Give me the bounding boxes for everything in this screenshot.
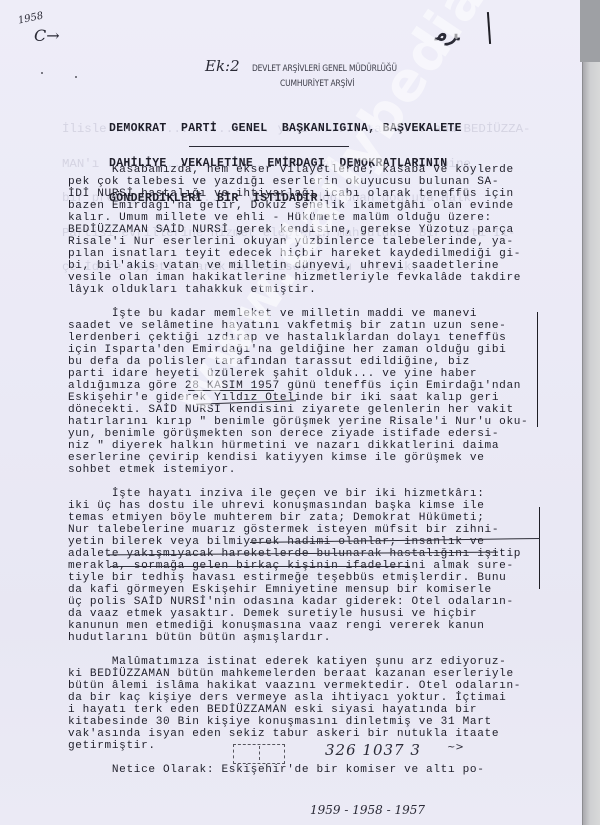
- text-line: dönecekti. SAİD NURSİ kendisini ziyarete…: [68, 404, 528, 416]
- text-line: Eskişehir'e giderek Yıldız Otelinde bir …: [68, 392, 528, 404]
- text-line: niz " diyerek halkın hürmetini ve nazarı…: [68, 440, 528, 452]
- text-line: eserlerine çevirip kendisi katiyyen kims…: [68, 452, 528, 464]
- passage-underline-3: [110, 566, 410, 567]
- text-line: Malûmatımıza istinat ederek katiyen şunu…: [68, 656, 528, 668]
- text-line: parti idare heyeti üzülerek şahit olduk.…: [68, 368, 528, 380]
- text-line: İşte hayatı inziva ile geçen ve bir iki …: [68, 488, 528, 500]
- paragraph: Malûmatımıza istinat ederek katiyen şunu…: [68, 656, 528, 752]
- text-line: temas etmiyen böyle muhterem bir zata; D…: [68, 512, 528, 524]
- text-line: kitabesinde 30 Bin kişiye konuşmasını di…: [68, 716, 528, 728]
- text-line: için Isparta'den Emirdağı'na geldiğine h…: [68, 344, 528, 356]
- margin-mark-right-1: [537, 312, 538, 427]
- text-line: vak'asında isyan eden sekiz tabur askeri…: [68, 728, 528, 740]
- paragraph: Netice Olarak: Eskişehir'de bir komiser …: [68, 764, 528, 776]
- text-line: iki üç has dostu ile uhrevi konuşmasında…: [68, 500, 528, 512]
- text-line: bütün âlemi islâma hakikat vaazını verme…: [68, 680, 528, 692]
- archive-stamp-line2: CUMHURİYET ARŞİVİ: [280, 79, 354, 89]
- text-line: İşte bu kadar memleket ve milletin maddi…: [68, 308, 528, 320]
- text-line: ki BEDİÜZZAMAN bütün mahkemelerden beraa…: [68, 668, 528, 680]
- text-line: Netice Olarak: Eskişehir'de bir komiser …: [68, 764, 528, 776]
- text-line: Nur talebelerine muarız göstermek isteye…: [68, 524, 528, 536]
- handwritten-mark-top-left: C→: [34, 26, 60, 45]
- text-line: aldığımıza göre 28 KASIM 1957 günü tenef…: [68, 380, 528, 392]
- document-page: İlisle ..................... yeni ......…: [0, 0, 582, 825]
- handwritten-years-bottom: 1959 - 1958 - 1957: [310, 803, 425, 817]
- text-line: Kasabamızda, hem ekser vilayetlerde; kas…: [68, 164, 528, 176]
- text-line: hudutlarını bütün bütün aşmışlardır.: [68, 632, 528, 644]
- text-line: saadet ve selâmetine hayatını vakfetmiş …: [68, 320, 528, 332]
- handwritten-year-top-left: 1958: [17, 10, 44, 26]
- small-mark-bottom-right: ~>: [447, 742, 464, 753]
- page-edge-corner: [580, 0, 600, 62]
- text-line: da vaaz etmek yasaktır. Demek suretiyle …: [68, 608, 528, 620]
- text-line: bu defa da polisler tarafından tarassut …: [68, 356, 528, 368]
- text-line: tiyle bir tedhiş havası estirmeğe teşebb…: [68, 572, 528, 584]
- text-line: da bir kaç kişiye ders vermeye asla ihti…: [68, 692, 528, 704]
- speck: [41, 72, 43, 74]
- text-line: i hayatı terk eden BEDİÜZZAMAN eski siya…: [68, 704, 528, 716]
- text-line: kanunun men etmediği konuşmasına vaaz re…: [68, 620, 528, 632]
- paragraph: İşte bu kadar memleket ve milletin maddi…: [68, 308, 528, 476]
- text-line: yun, benimle görüşmekten son derece ziya…: [68, 428, 528, 440]
- text-line: hatırlarını kırıp " benimle görüşmek yer…: [68, 416, 528, 428]
- archive-number-box-inner: [259, 746, 260, 760]
- ek-label: Ek:2: [205, 57, 240, 75]
- text-line: sohbet etmek istemiyor.: [68, 464, 528, 476]
- text-line: da kafi görmeyen Eskişehir Emniyetine me…: [68, 584, 528, 596]
- speck: [75, 76, 77, 78]
- text-line: üç polis SAİD NURSİ'nin odasına kadar gi…: [68, 596, 528, 608]
- margin-mark-right-2: [539, 507, 540, 589]
- page-edge-shadow: [582, 0, 600, 825]
- archive-code: 326 1037 3: [325, 741, 421, 759]
- text-line: lerdenberi çektiği ızdırap ve hastalıkla…: [68, 332, 528, 344]
